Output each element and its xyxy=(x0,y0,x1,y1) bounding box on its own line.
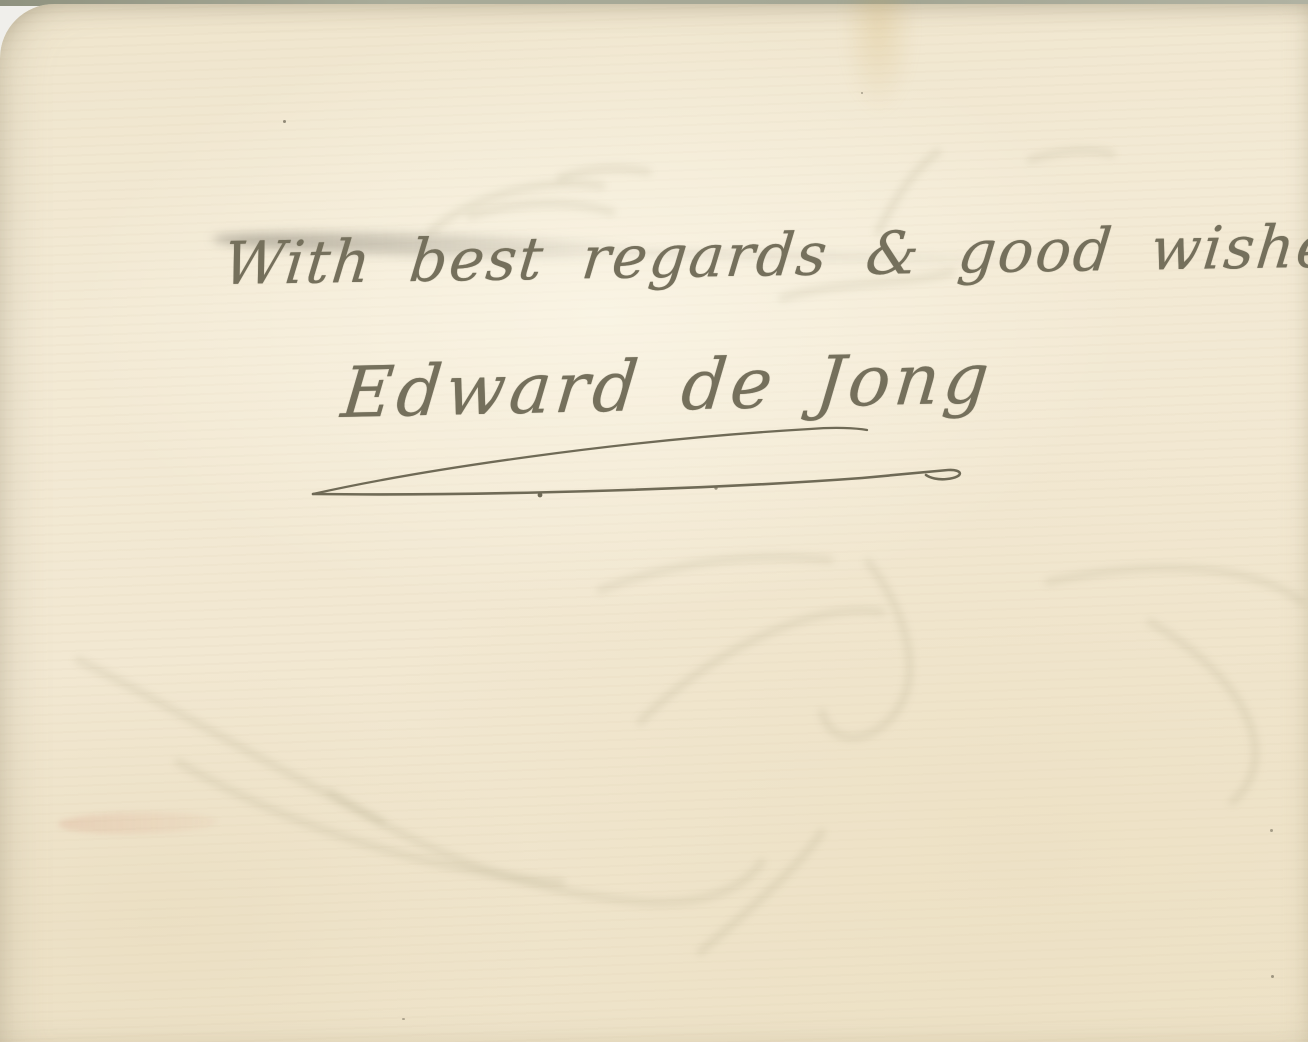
signature-flourish xyxy=(0,0,1308,1042)
photographed-autograph-page: With best regards & good wishes Edward d… xyxy=(0,0,1308,1042)
paper-speck xyxy=(283,120,286,123)
paper-speck xyxy=(402,1018,405,1020)
paper-speck xyxy=(1270,829,1273,832)
paper-speck xyxy=(861,92,863,94)
paper-speck xyxy=(1271,975,1274,978)
